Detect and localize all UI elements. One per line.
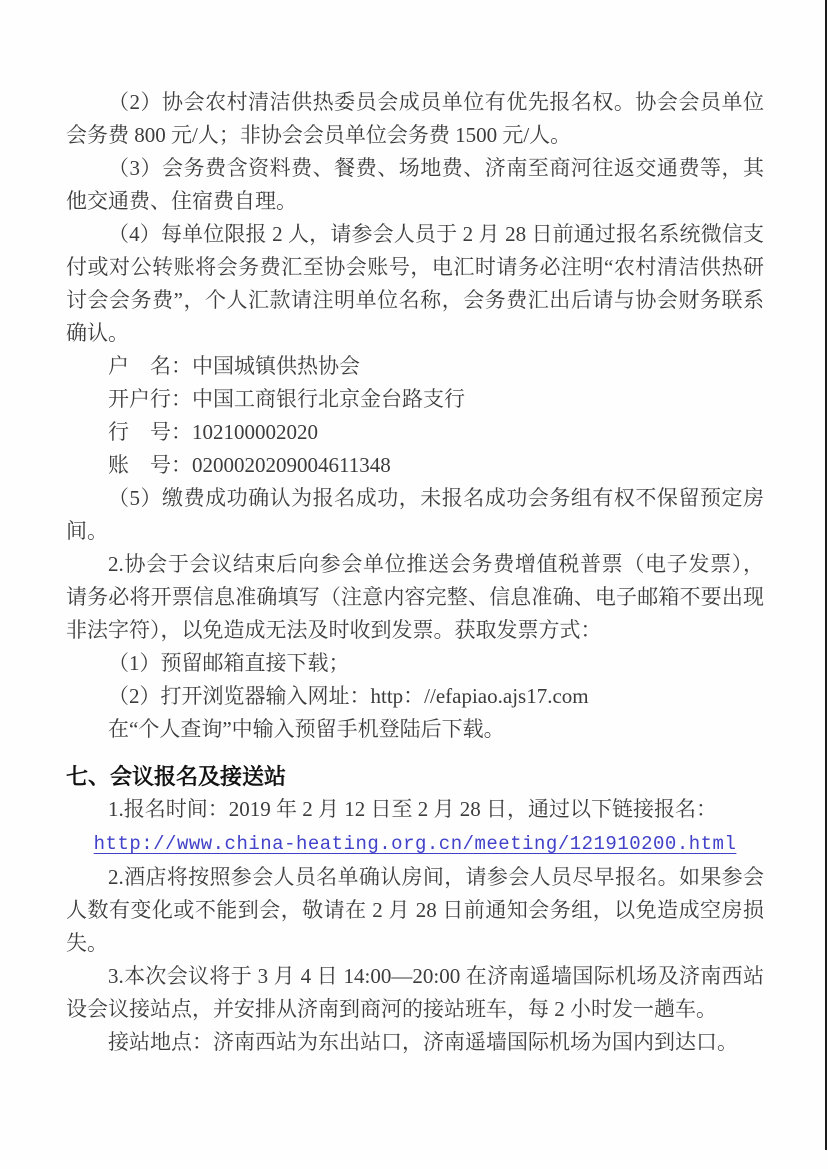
bank-account-number: 账 号：0200020209004611348	[66, 449, 764, 482]
paragraph-invoice-download: 在“个人查询”中输入预留手机登陆后下载。	[66, 713, 764, 746]
paragraph-pickup-locations: 接站地点：济南西站为东出站口，济南遥墙国际机场为国内到达口。	[66, 1026, 764, 1059]
paragraph-registration-time: 1.报名时间：2019 年 2 月 12 日至 2 月 28 日，通过以下链接报…	[66, 793, 764, 826]
paragraph-shuttle-schedule: 3.本次会议将于 3 月 4 日 14:00—20:00 在济南遥墙国际机场及济…	[66, 960, 764, 1026]
registration-link[interactable]: http://www.china-heating.org.cn/meeting/…	[94, 833, 737, 855]
bank-branch: 开户行：中国工商银行北京金台路支行	[66, 383, 764, 416]
paragraph-payment-instructions: （4）每单位限报 2 人，请参会人员于 2 月 28 日前通过报名系统微信支付或…	[66, 218, 764, 350]
paragraph-hotel-rooms: 2.酒店将按照参会人员名单确认房间，请参会人员尽早报名。如果参会人数有变化或不能…	[66, 861, 764, 960]
paragraph-invoice-method-website: （2）打开浏览器输入网址：http：//efapiao.ajs17.com	[66, 680, 764, 713]
bank-routing-number: 行 号：102100002020	[66, 416, 764, 449]
paragraph-priority-registration: （2）协会农村清洁供热委员会成员单位有优先报名权。协会会员单位会务费 800 元…	[66, 86, 764, 152]
bank-account-name: 户 名：中国城镇供热协会	[66, 350, 764, 383]
document-body: （2）协会农村清洁供热委员会成员单位有优先报名权。协会会员单位会务费 800 元…	[66, 86, 764, 1059]
registration-link-line: http://www.china-heating.org.cn/meeting/…	[66, 826, 764, 861]
paragraph-invoice-method-email: （1）预留邮箱直接下载；	[66, 647, 764, 680]
paragraph-fee-includes: （3）会务费含资料费、餐费、场地费、济南至商河往返交通费等，其他交通费、住宿费自…	[66, 152, 764, 218]
page-right-edge	[825, 0, 827, 1150]
paragraph-invoice-info: 2.协会于会议结束后向参会单位推送会务费增值税普票（电子发票），请务必将开票信息…	[66, 548, 764, 647]
section-heading-registration-shuttle: 七、会议报名及接送站	[66, 760, 764, 793]
document-page: （2）协会农村清洁供热委员会成员单位有优先报名权。协会会员单位会务费 800 元…	[0, 0, 828, 1169]
paragraph-payment-confirmation: （5）缴费成功确认为报名成功，未报名成功会务组有权不保留预定房间。	[66, 482, 764, 548]
